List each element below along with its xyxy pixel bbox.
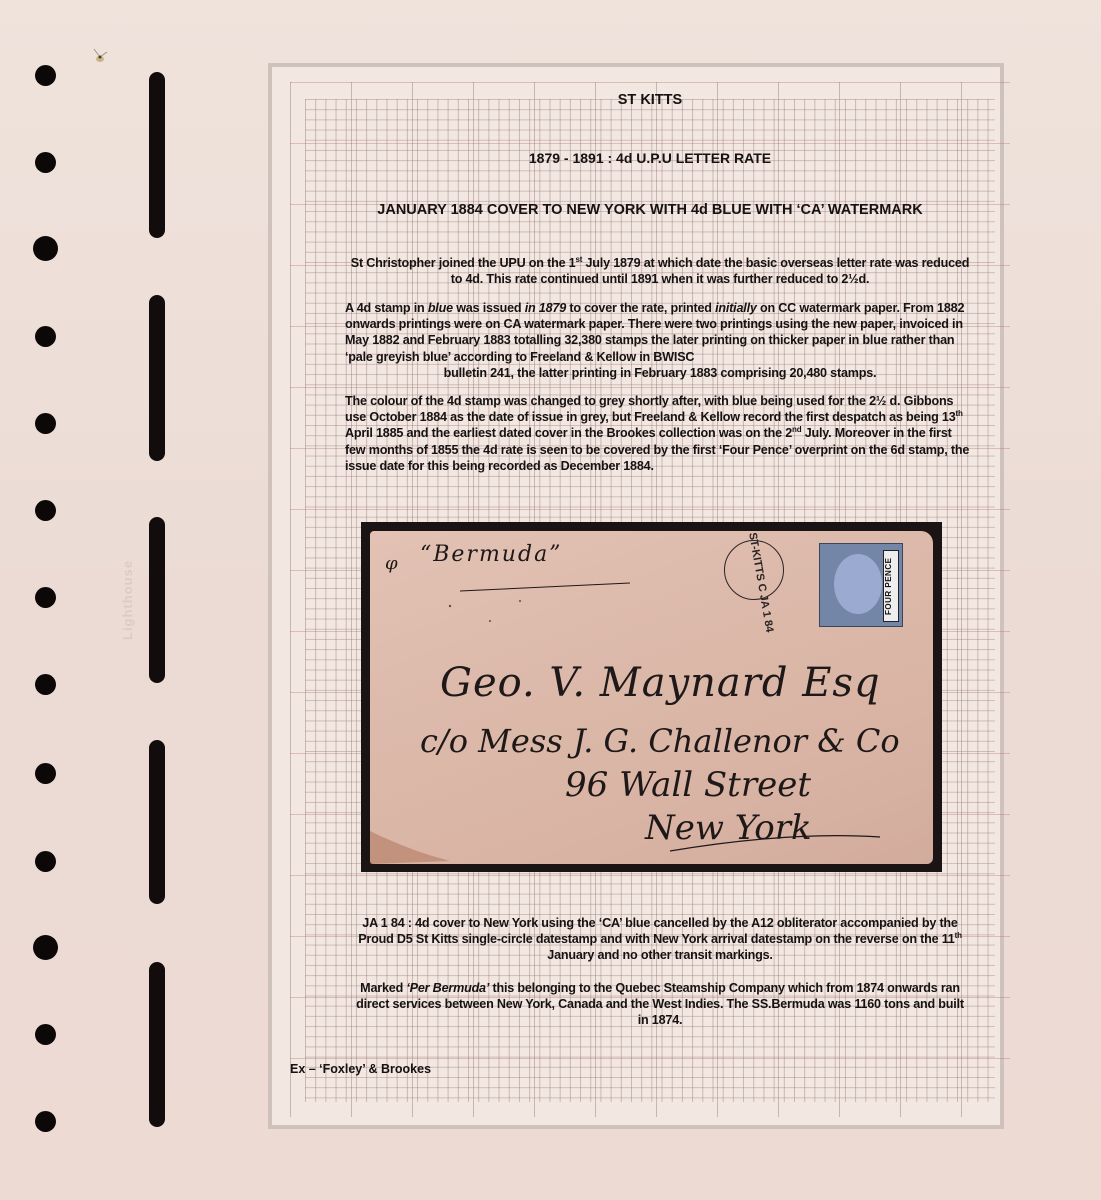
binder-hole — [35, 587, 56, 608]
address-line-1: Geo. V. Maynard Esq — [440, 660, 881, 706]
address-line-4: New York — [645, 808, 812, 848]
address-line-3: 96 Wall Street — [565, 765, 811, 805]
st-kitts-datestamp: ST-KITTS C JA 1 84 — [724, 540, 784, 600]
binder-hole — [35, 1024, 56, 1045]
binder-hole — [35, 1111, 56, 1132]
intro-paragraph-2: A 4d stamp in blue was issued in 1879 to… — [345, 300, 975, 381]
provenance-note: Ex – ‘Foxley’ & Brookes — [290, 1062, 431, 1076]
insect-speck-icon — [90, 48, 110, 66]
binder-hole — [35, 326, 56, 347]
intro-paragraph-3: The colour of the 4d stamp was changed t… — [345, 393, 975, 474]
binder-slot — [149, 72, 165, 238]
binder-hole — [33, 935, 58, 960]
binder-hole — [35, 851, 56, 872]
binder-slot — [149, 295, 165, 461]
binder-slot — [149, 740, 165, 904]
handwriting-per: φ — [385, 553, 398, 574]
cover-description: JA 1 84 : 4d cover to New York using the… — [355, 915, 965, 964]
binder-hole — [35, 413, 56, 434]
binder-hole — [35, 65, 56, 86]
margin-watermark: Lighthouse — [120, 560, 135, 640]
binder-hole — [33, 236, 58, 261]
address-line-2: c/o Mess J. G. Challenor & Co — [420, 722, 900, 760]
binder-hole — [35, 152, 56, 173]
page-title: ST KITTS — [305, 92, 995, 108]
binder-slot — [149, 962, 165, 1127]
section-heading: JANUARY 1884 COVER TO NEW YORK WITH 4d B… — [285, 202, 1015, 218]
intro-paragraph-1: St Christopher joined the UPU on the 1st… — [345, 255, 975, 287]
binder-hole — [35, 674, 56, 695]
queen-head-icon — [834, 554, 882, 614]
binder-hole — [35, 763, 56, 784]
page-subtitle: 1879 - 1891 : 4d U.P.U LETTER RATE — [305, 150, 995, 166]
route-description: Marked ‘Per Bermuda’ this belonging to t… — [355, 980, 965, 1029]
binder-slot — [149, 517, 165, 683]
handwriting-bermuda: “Bermuda” — [420, 542, 562, 567]
binder-hole — [35, 500, 56, 521]
four-pence-stamp: FOUR PENCE — [819, 543, 903, 627]
